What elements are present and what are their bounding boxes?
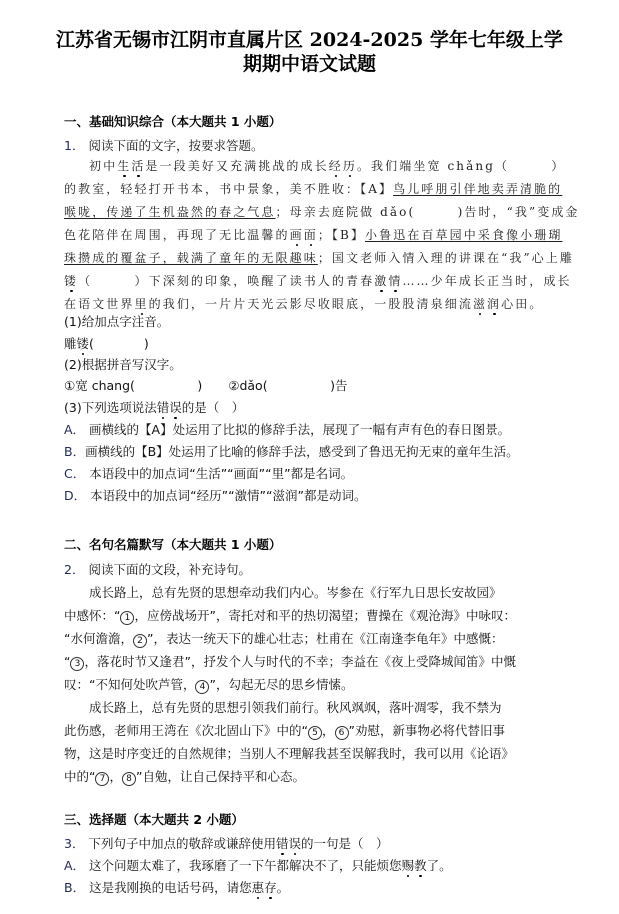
text: ，落花时节又逢君”，抒发个人与时代的不幸；李益在《夜上受降城闻笛》中慨 <box>84 654 515 669</box>
option-text: 画横线的【B】处运用了比喻的修辞手法，感受到了鲁迅无拘无束的童年生活。 <box>85 444 519 459</box>
passage-text: 在语文世界 <box>64 297 135 311</box>
passage-text: ；母亲去庭院做 dǎo( )告时，“我”变成金 <box>276 205 580 219</box>
option-c[interactable]: C． 本语段中的加点词“生活”“画面”“里”都是名词。 <box>64 466 353 482</box>
option-a[interactable]: A． 画横线的【A】处运用了比拟的修辞手法，展现了一幅有声有色的春日图景。 <box>64 422 510 438</box>
section-heading-2: 二、名句名篇默写（本大题共 1 小题） <box>64 535 281 553</box>
text: ， <box>109 769 122 784</box>
passage-text: ……少年成长正当时，成长 <box>402 274 571 288</box>
text: 此伤感，老师用王湾在《次北固山下》中的“ <box>64 723 308 738</box>
option-b[interactable]: B．画横线的【B】处运用了比喻的修辞手法，感受到了鲁迅无拘无束的童年生活。 <box>64 444 519 460</box>
blank-marker[interactable]: 7 <box>95 772 109 786</box>
text: ，应傍战场开”，寄托对和平的热切渴望；曹操在《观沧海》中咏叹： <box>134 608 515 623</box>
subquestion-2: (2)根据拼音写汉字。 <box>64 357 182 373</box>
question-text: 阅读下面的文字，按要求答题。 <box>88 138 263 153</box>
text: 中感怀：“ <box>64 608 120 623</box>
text: “水何澹澹， <box>64 631 133 646</box>
dotted-char: 错 <box>157 400 170 415</box>
dotted-char: 误 <box>288 836 301 851</box>
section-heading-1: 一、基础知识综合（本大题共 1 小题） <box>64 112 281 130</box>
dotted-char: 错 <box>276 836 289 851</box>
item-text: 雕 <box>64 336 77 351</box>
underlined-text-b: 小鲁迅在百草园中采食像小珊瑚 <box>365 228 562 242</box>
text: ”，表达一统天下的雄心壮志；杜甫在《江南逢李龟年》中感慨： <box>147 631 503 646</box>
blank-marker[interactable]: 2 <box>133 634 147 648</box>
subquestion-2-items: ①宽 chang( ) ②dǎo( )告 <box>64 378 347 394</box>
question-number: 1． <box>64 138 84 153</box>
passage-line: 在语文世界里的我们，一片片天光云影尽收眼底，一股股清泉细流滋润心田。 <box>64 296 543 312</box>
passage-line: 珠攒成的覆盆子，载满了童年的无限趣味；国文老师入情入理的讲课在“我”心上雕 <box>64 250 574 266</box>
blank-marker[interactable]: 3 <box>70 657 84 671</box>
underlined-text-a: 喉咙，传递了生机盎然的春之气息 <box>64 205 276 219</box>
passage-text: 心田。 <box>501 297 543 311</box>
option-letter: A． <box>64 422 85 437</box>
text: ”，勾起无尽的思乡情愫。 <box>209 677 353 692</box>
option-d[interactable]: D． 本语段中的加点词“经历”“激情”“滋润”都是动词。 <box>64 488 366 504</box>
dotted-char: 存 <box>264 880 277 895</box>
passage-text: 色花陪伴在周围，再现了无比温馨的 <box>64 228 290 242</box>
passage-line: 喉咙，传递了生机盎然的春之气息；母亲去庭院做 dǎo( )告时，“我”变成金 <box>64 204 580 220</box>
dotted-char: 镂 <box>64 274 78 288</box>
dotted-char: 生 <box>117 159 131 173</box>
paragraph-line: 成长路上，总有先贤的思想引领我们前行。秋风飒飒，落叶凋零，我不禁为 <box>64 700 502 716</box>
circled-number: ② <box>228 378 239 393</box>
passage-text: 的教室，轻轻打开书本，书中景象，美不胜收：【A】 <box>64 182 393 196</box>
dotted-char: 面 <box>304 228 318 242</box>
question-text: 下列句子中加点的敬辞或谦辞使用 <box>88 836 276 851</box>
option-letter: D． <box>64 488 86 503</box>
option-letter: A． <box>64 858 85 873</box>
question-2-prompt: 2． 阅读下面的文段，补充诗句。 <box>64 562 251 578</box>
underlined-text-a: 鸟儿呼朋引伴地卖弄清脆的 <box>393 182 562 196</box>
answer-blank[interactable]: dǎo( )告 <box>239 378 347 393</box>
option-b[interactable]: B． 这是我刚换的电话号码，请您惠存。 <box>64 880 289 896</box>
option-text: 本语段中的加点词“生活”“画面”“里”都是名词。 <box>89 466 353 481</box>
option-text: 本语段中的加点词“经历”“激情”“滋润”都是动词。 <box>90 488 366 503</box>
blank-marker[interactable]: 8 <box>122 772 136 786</box>
passage-text: 是一段美好又充满挑战的成长 <box>145 159 328 173</box>
paragraph-line: 成长路上，总有先贤的思想牵动我们内心。岑参在《行军九日思长安故园》 <box>64 585 502 601</box>
answer-blank[interactable]: 宽 chang( ) <box>75 378 202 393</box>
text: ”劝慰，新事物必将代替旧事 <box>349 723 505 738</box>
item-text: (3)下列选项说法 <box>64 400 157 415</box>
option-text: 这个问题太难了，我琢磨了一下午都解决不了，只能烦您 <box>89 858 402 873</box>
subquestion-1-item: 雕镂( ) <box>64 336 149 352</box>
passage-text: 。我们端坐宽 chǎng（ ） <box>357 159 566 173</box>
passage-line: 色花陪伴在周围，再现了无比温馨的画面；【B】小鲁迅在百草园中采食像小珊瑚 <box>64 227 562 243</box>
passage-line: 镂（ ）下深刻的印象，唤醒了读书人的青春激情……少年成长正当时，成长 <box>64 273 572 289</box>
title-line-1: 江苏省无锡市江阴市直属片区 2024-2025 学年七年级上学 <box>0 28 619 52</box>
blank-marker[interactable]: 4 <box>195 680 209 694</box>
dotted-char: 赐 <box>402 858 415 873</box>
paragraph-line: 此伤感，老师用王湾在《次北固山下》中的“5，6”劝慰，新事物必将代替旧事 <box>64 723 505 740</box>
document-title: 江苏省无锡市江阴市直属片区 2024-2025 学年七年级上学 期期中语文试题 <box>0 28 619 76</box>
dotted-char: 活 <box>131 159 145 173</box>
paragraph-line: 中感怀：“1，应傍战场开”，寄托对和平的热切渴望；曹操在《观沧海》中咏叹： <box>64 608 516 625</box>
dotted-char: 教 <box>414 858 427 873</box>
option-text: 。 <box>277 880 290 895</box>
paragraph-line: “水何澹澹，2”，表达一统天下的雄心壮志；杜甫在《江南逢李龟年》中感慨： <box>64 631 503 648</box>
dotted-char: 惠 <box>252 880 265 895</box>
option-letter: C． <box>64 466 85 481</box>
question-text: 阅读下面的文段，补充诗句。 <box>88 562 251 577</box>
answer-blank[interactable]: ( ) <box>89 336 149 351</box>
underlined-text-b: 珠攒成的覆盆子，载满了童年的无限趣味 <box>64 251 318 265</box>
text: 中的“ <box>64 769 95 784</box>
passage-text: 初中 <box>89 159 117 173</box>
paragraph-line: 物，这是时序变迁的自然规律；当别人不理解我甚至误解我时，我可以用《论语》 <box>64 746 514 762</box>
blank-marker[interactable]: 5 <box>308 726 322 740</box>
dotted-char: 历 <box>343 159 357 173</box>
option-text: 了。 <box>427 858 452 873</box>
title-line-2: 期期中语文试题 <box>0 52 619 76</box>
circled-number: ① <box>64 378 75 393</box>
question-1-prompt: 1． 阅读下面的文字，按要求答题。 <box>64 138 263 154</box>
dotted-char: 里 <box>135 297 149 311</box>
dotted-char: 画 <box>290 228 304 242</box>
passage-text: ；国文老师入情入理的讲课在“我”心上雕 <box>318 251 574 265</box>
dotted-char: 滋 <box>473 297 487 311</box>
passage-text: 的我们，一片片天光云影尽收眼底，一股股清泉细流 <box>149 297 473 311</box>
question-number: 2． <box>64 562 84 577</box>
question-number: 3． <box>64 836 84 851</box>
dotted-char: 经 <box>329 159 343 173</box>
passage-text: ；【B】 <box>318 228 365 242</box>
blank-marker[interactable]: 1 <box>120 611 134 625</box>
option-text: 画横线的【A】处运用了比拟的修辞手法，展现了一幅有声有色的春日图景。 <box>89 422 510 437</box>
dotted-char: 情 <box>388 274 402 288</box>
passage-text: （ ）下深刻的印象，唤醒了读书人的青春 <box>78 274 374 288</box>
option-letter: B． <box>64 880 85 895</box>
dotted-char: 镂 <box>77 336 90 351</box>
dotted-char: 误 <box>169 400 182 415</box>
question-text: 的一句是（ ） <box>301 836 389 851</box>
paragraph-line: 叹：“不知何处吹芦管，4”，勾起无尽的思乡情愫。 <box>64 677 353 694</box>
section-heading-3: 三、选择题（本大题共 2 小题） <box>64 810 244 828</box>
question-3-prompt: 3． 下列句子中加点的敬辞或谦辞使用错误的一句是（ ） <box>64 836 389 852</box>
text: ”自勉，让自己保持平和心态。 <box>136 769 305 784</box>
option-text: 这是我刚换的电话号码，请您 <box>89 880 252 895</box>
dotted-char: 润 <box>487 297 501 311</box>
dotted-char: 激 <box>374 274 388 288</box>
option-a[interactable]: A． 这个问题太难了，我琢磨了一下午都解决不了，只能烦您赐教了。 <box>64 858 452 874</box>
subquestion-1: (1)给加点字注音。 <box>64 314 169 330</box>
option-letter: B． <box>64 444 85 459</box>
item-text: 的是（ ） <box>182 400 245 415</box>
paragraph-line: 中的“7，8”自勉，让自己保持平和心态。 <box>64 769 305 786</box>
paragraph-line: “3，落花时节又逢君”，抒发个人与时代的不幸；李益在《夜上受降城闻笛》中慨 <box>64 654 516 671</box>
passage-line: 的教室，轻轻打开书本，书中景象，美不胜收：【A】鸟儿呼朋引伴地卖弄清脆的 <box>64 181 562 197</box>
blank-marker[interactable]: 6 <box>335 726 349 740</box>
text: 叹：“不知何处吹芦管， <box>64 677 195 692</box>
text: ， <box>322 723 335 738</box>
subquestion-3: (3)下列选项说法错误的是（ ） <box>64 400 244 416</box>
passage-line: 初中生活是一段美好又充满挑战的成长经历。我们端坐宽 chǎng（ ） <box>64 158 565 174</box>
